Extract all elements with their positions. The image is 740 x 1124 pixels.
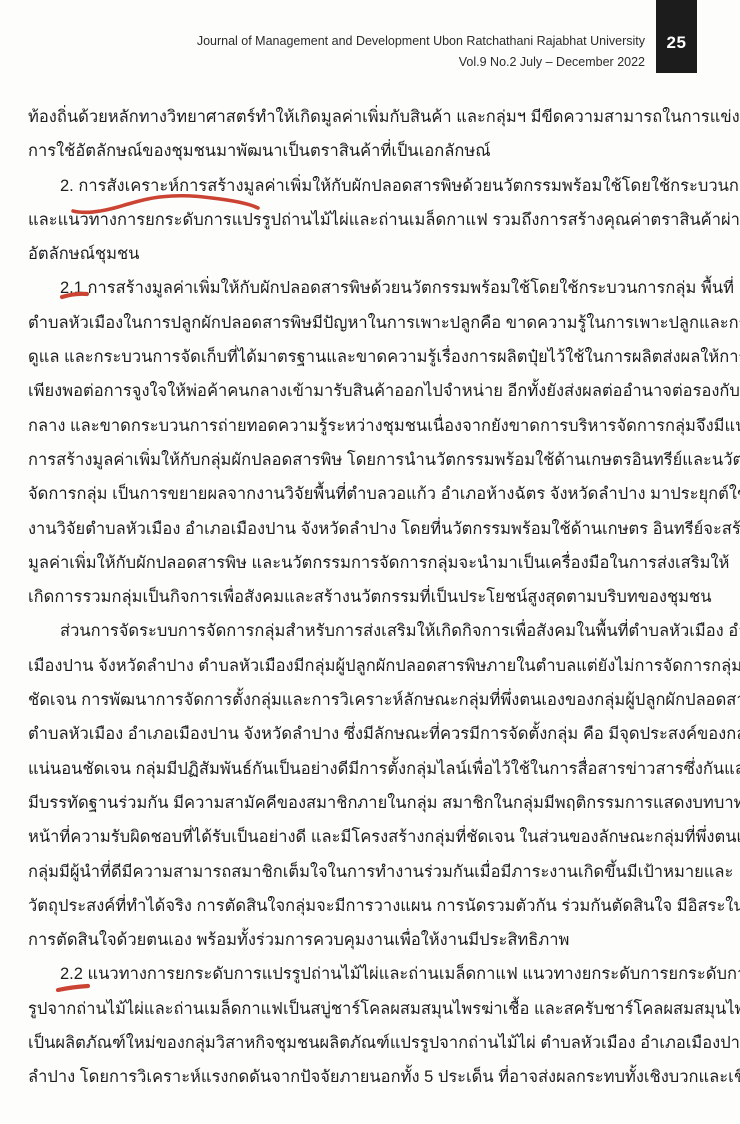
body-line: แน่นอนชัดเจน กลุ่มมีปฏิสัมพันธ์กันเป็นอย… <box>28 752 712 786</box>
journal-page: Journal of Management and Development Ub… <box>0 0 740 1124</box>
body-line: ชัดเจน การพัฒนาการจัดการตั้งกลุ่มและการว… <box>28 683 712 717</box>
body-line: ท้องถิ่นด้วยหลักทางวิทยาศาสตร์ทำให้เกิดม… <box>28 100 712 134</box>
body-line: เกิดการรวมกลุ่มเป็นกิจการเพื่อสังคมและสร… <box>28 580 712 614</box>
body-line: วัตถุประสงค์ที่ทำได้จริง การตัดสินใจกลุ่… <box>28 889 712 923</box>
body-line: มูลค่าเพิ่มให้กับผักปลอดสารพิษ และนวัตกร… <box>28 546 712 580</box>
body-line: การสร้างมูลค่าเพิ่มให้กับกลุ่มผักปลอดสาร… <box>28 443 712 477</box>
body-line: เมืองปาน จังหวัดลำปาง ตำบลหัวเมืองมีกลุ่… <box>28 649 712 683</box>
body-line: จัดการกลุ่ม เป็นการขยายผลจากงานวิจัยพื้น… <box>28 477 712 511</box>
body-line: ตำบลหัวเมือง อำเภอเมืองปาน จังหวัดลำปาง … <box>28 717 712 751</box>
page-header: Journal of Management and Development Ub… <box>0 31 645 73</box>
body-line: ตำบลหัวเมืองในการปลูกผักปลอดสารพิษมีปัญห… <box>28 306 712 340</box>
body-line: กลาง และขาดกระบวนการถ่ายทอดความรู้ระหว่า… <box>28 409 712 443</box>
body-text: ท้องถิ่นด้วยหลักทางวิทยาศาสตร์ทำให้เกิดม… <box>28 100 712 1095</box>
body-line: เพียงพอต่อการจูงใจให้พ่อค้าคนกลางเข้ามาร… <box>28 374 712 408</box>
body-line: งานวิจัยตำบลหัวเมือง อำเภอเมืองปาน จังหว… <box>28 512 712 546</box>
journal-title: Journal of Management and Development Ub… <box>0 31 645 52</box>
page-number: 25 <box>667 33 687 53</box>
body-line: หน้าที่ความรับผิดชอบที่ได้รับเป็นอย่างดี… <box>28 820 712 854</box>
section-2-1-heading-line: 2.1 การสร้างมูลค่าเพิ่มให้กับผักปลอดสารพ… <box>28 271 712 305</box>
body-line: และแนวทางการยกระดับการแปรรูปถ่านไม้ไผ่แล… <box>28 203 712 237</box>
page-number-badge: 25 <box>656 0 697 73</box>
body-line: มีบรรทัดฐานร่วมกัน มีความสามัคคีของสมาชิ… <box>28 786 712 820</box>
issue-line: Vol.9 No.2 July – December 2022 <box>0 52 645 73</box>
body-line: ดูแล และกระบวนการจัดเก็บที่ได้มาตรฐานและ… <box>28 340 712 374</box>
body-line: รูปจากถ่านไม้ไผ่และถ่านเมล็ดกาแฟเป็นสบู่… <box>28 992 712 1026</box>
body-line: กลุ่มมีผู้นำที่ดีมีความสามารถสมาชิกเต็มใ… <box>28 855 712 889</box>
body-line: ส่วนการจัดระบบการจัดการกลุ่มสำหรับการส่ง… <box>28 614 712 648</box>
section-2-heading-line: 2. การสังเคราะห์การสร้างมูลค่าเพิ่มให้กั… <box>28 169 712 203</box>
body-line: อัตลักษณ์ชุมชน <box>28 237 712 271</box>
body-line: เป็นผลิตภัณฑ์ใหม่ของกลุ่มวิสาหกิจชุมชนผล… <box>28 1026 712 1060</box>
body-line: การตัดสินใจด้วยตนเอง พร้อมทั้งร่วมการควบ… <box>28 923 712 957</box>
section-2-2-heading-line: 2.2 แนวทางการยกระดับการแปรรูปถ่านไม้ไผ่แ… <box>28 957 712 991</box>
body-line: การใช้อัตลักษณ์ของชุมชนมาพัฒนาเป็นตราสิน… <box>28 134 712 168</box>
body-line: ลำปาง โดยการวิเคราะห์แรงกดดันจากปัจจัยภา… <box>28 1060 712 1094</box>
